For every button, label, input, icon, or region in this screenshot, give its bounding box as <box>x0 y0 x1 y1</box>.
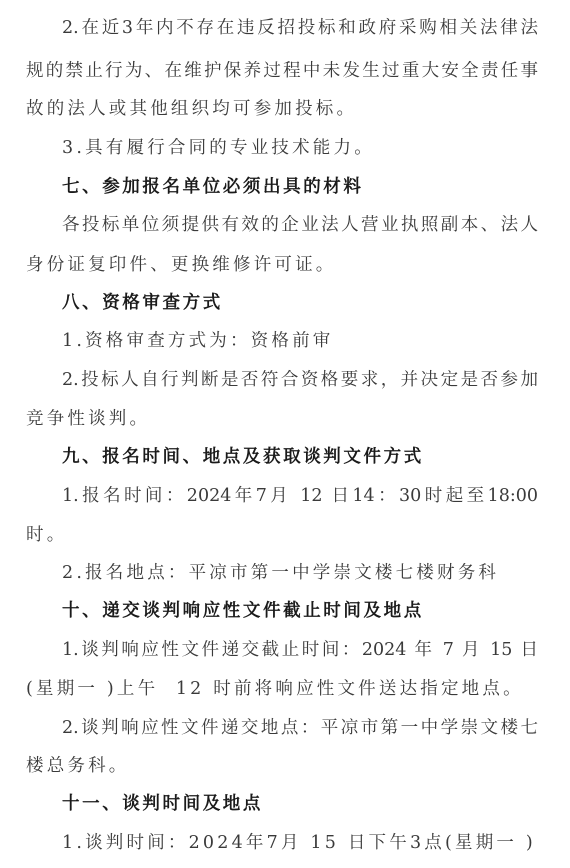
section-heading-11: 十一、谈判时间及地点 <box>62 792 263 816</box>
paragraph-line: 身份证复印件、更换维修许可证。 <box>26 253 337 277</box>
paragraph-line: 1.报名时间：2024年7月 12 日14：30时起至18:00 <box>62 484 538 508</box>
paragraph-line: 2.投标人自行判断是否符合资格要求，并决定是否参加 <box>62 368 538 392</box>
paragraph-line: 2.谈判响应性文件递交地点：平凉市第一中学崇文楼七 <box>62 716 538 740</box>
paragraph-line: (星期一 )上午 12 时前将响应性文件送达指定地点。 <box>26 677 524 701</box>
paragraph-line: 规的禁止行为、在维护保养过程中未发生过重大安全责任事 <box>26 59 538 83</box>
paragraph-line: 各投标单位须提供有效的企业法人营业执照副本、法人 <box>62 213 538 237</box>
section-heading-9: 九、报名时间、地点及获取谈判文件方式 <box>62 445 424 469</box>
paragraph-line: 1.资格审查方式为：资格前审 <box>62 329 334 353</box>
paragraph-line: 2.报名地点：平凉市第一中学崇文楼七楼财务科 <box>62 561 499 585</box>
paragraph-line: 3.具有履行合同的专业技术能力。 <box>62 136 375 160</box>
paragraph-line: 故的法人或其他组织均可参加投标。 <box>26 97 357 121</box>
paragraph-line: 1.谈判响应性文件递交截止时间：2024 年 7 月 15 日 <box>62 638 538 662</box>
paragraph-line: 楼总务科。 <box>26 754 130 778</box>
section-heading-7: 七、参加报名单位必须出具的材料 <box>62 175 364 199</box>
section-heading-10: 十、递交谈判响应性文件截止时间及地点 <box>62 599 424 623</box>
document-page: 2.在近3年内不存在违反招投标和政府采购相关法律法 规的禁止行为、在维护保养过程… <box>0 0 570 868</box>
paragraph-line: 2.在近3年内不存在违反招投标和政府采购相关法律法 <box>62 16 538 40</box>
paragraph-line: 竞争性谈判。 <box>26 407 150 431</box>
paragraph-line: 时。 <box>26 523 67 547</box>
section-heading-8: 八、资格审查方式 <box>62 291 223 315</box>
paragraph-line: 1.谈判时间：2024年7月 15 日下午3点(星期一 ) <box>62 831 536 855</box>
